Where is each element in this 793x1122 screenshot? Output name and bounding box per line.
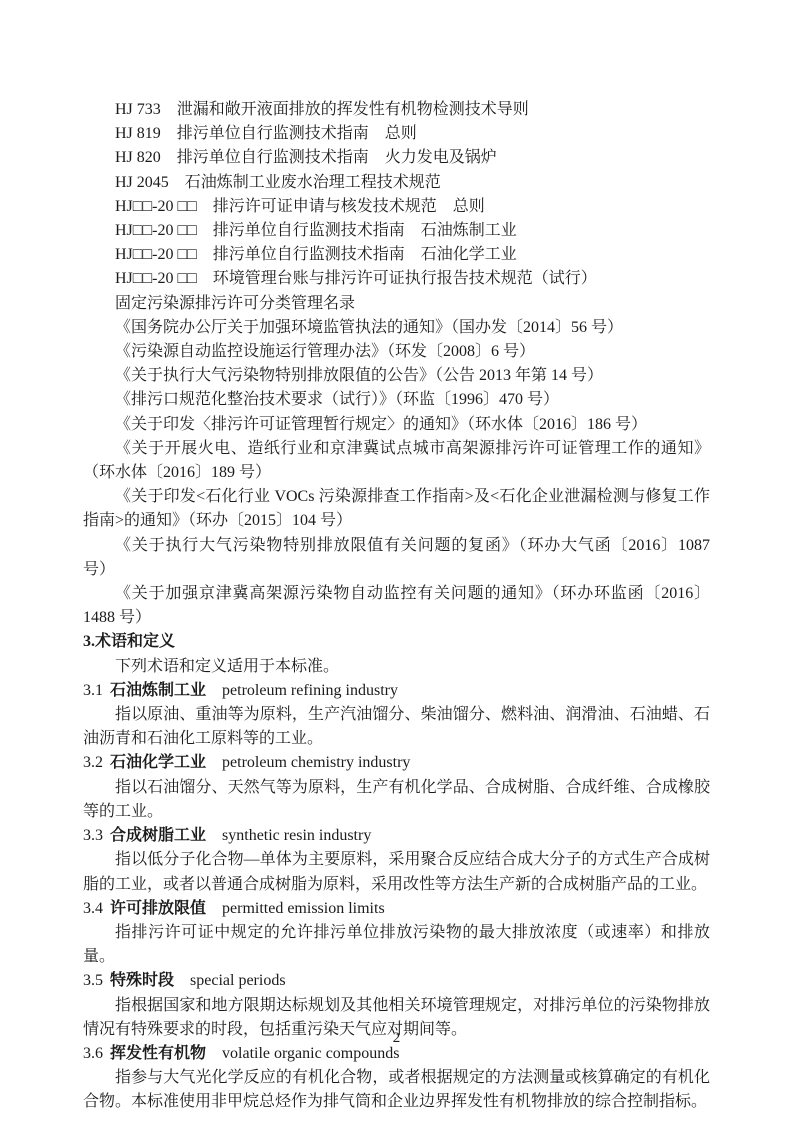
term-definition: 指参与大气光化学反应的有机化合物，或者根据规定的方法测量或核算确定的有机化合物。… — [83, 1066, 710, 1114]
standard-reference-line: HJ□□-20 □□ 排污许可证申请与核发技术规范 总则 — [83, 195, 710, 219]
document-reference-line: 《排污口规范化整治技术要求（试行）》（环监〔1996〕470 号） — [83, 388, 710, 412]
term-name-en: permitted emission limits — [222, 900, 385, 917]
term-entry: 3.6挥发性有机物volatile organic compounds 指参与大… — [83, 1042, 710, 1115]
document-reference-line: 《关于印发<石化行业 VOCs 污染源排查工作指南>及<石化企业泄漏检测与修复工… — [83, 485, 710, 533]
term-name-en: petroleum chemistry industry — [222, 754, 410, 771]
document-reference-line: 《关于加强京津冀高架源污染物自动监控有关问题的通知》（环办环监函〔2016〕14… — [83, 582, 710, 630]
term-number: 3.4 — [83, 900, 103, 917]
term-name-zh: 石油化学工业 — [110, 754, 206, 771]
term-definition: 指以原油、重油等为原料，生产汽油馏分、柴油馏分、燃料油、润滑油、石油蜡、石油沥青… — [83, 703, 710, 751]
term-entry: 3.2石油化学工业petroleum chemistry industry 指以… — [83, 751, 710, 824]
term-name-zh: 合成树脂工业 — [110, 827, 206, 844]
standard-reference-line: HJ□□-20 □□ 排污单位自行监测技术指南 石油炼制工业 — [83, 219, 710, 243]
term-definition: 指排污许可证中规定的允许排污单位排放污染物的最大排放浓度（或速率）和排放量。 — [83, 921, 710, 969]
term-heading: 3.3合成树脂工业synthetic resin industry — [83, 824, 710, 848]
term-name-zh: 特殊时段 — [110, 972, 174, 989]
term-number: 3.2 — [83, 754, 103, 771]
term-heading: 3.4许可排放限值permitted emission limits — [83, 897, 710, 921]
document-reference-line: 《关于印发〈排污许可证管理暂行规定〉的通知》（环水体〔2016〕186 号） — [83, 413, 710, 437]
term-number: 3.5 — [83, 972, 103, 989]
term-definition: 指以低分子化合物—单体为主要原料，采用聚合反应结合成大分子的方式生产合成树脂的工… — [83, 848, 710, 896]
term-number: 3.3 — [83, 827, 103, 844]
terms-intro: 下列术语和定义适用于本标准。 — [83, 655, 710, 679]
references-section: HJ 733 泄漏和敞开液面排放的挥发性有机物检测技术导则 HJ 819 排污单… — [83, 98, 710, 630]
term-heading: 3.1石油炼制工业petroleum refining industry — [83, 679, 710, 703]
term-name-en: petroleum refining industry — [222, 682, 398, 699]
standard-reference-line: HJ 733 泄漏和敞开液面排放的挥发性有机物检测技术导则 — [83, 98, 710, 122]
term-heading: 3.5特殊时段special periods — [83, 969, 710, 993]
document-reference-line: 《关于执行大气污染物特别排放限值的公告》（公告 2013 年第 14 号） — [83, 364, 710, 388]
document-reference-line: 《国务院办公厅关于加强环境监管执法的通知》（国办发〔2014〕56 号） — [83, 316, 710, 340]
document-reference-line: 《污染源自动监控设施运行管理办法》（环发〔2008〕6 号） — [83, 340, 710, 364]
document-reference-line: 《关于执行大气污染物特别排放限值有关问题的复函》（环办大气函〔2016〕1087… — [83, 534, 710, 582]
standard-reference-line: 固定污染源排污许可分类管理名录 — [83, 292, 710, 316]
document-reference-line: 《关于开展火电、造纸行业和京津冀试点城市高架源排污许可证管理工作的通知》（环水体… — [83, 437, 710, 485]
terms-section-heading: 3.术语和定义 — [83, 630, 710, 654]
term-number: 3.1 — [83, 682, 103, 699]
term-entry: 3.3合成树脂工业synthetic resin industry 指以低分子化… — [83, 824, 710, 897]
document-page: HJ 733 泄漏和敞开液面排放的挥发性有机物检测技术导则 HJ 819 排污单… — [0, 0, 793, 1122]
term-name-zh: 许可排放限值 — [110, 900, 206, 917]
standard-reference-line: HJ□□-20 □□ 排污单位自行监测技术指南 石油化学工业 — [83, 243, 710, 267]
standard-reference-line: HJ 820 排污单位自行监测技术指南 火力发电及锅炉 — [83, 146, 710, 170]
term-name-en: synthetic resin industry — [222, 827, 371, 844]
term-name-zh: 石油炼制工业 — [110, 682, 206, 699]
page-number: 2 — [393, 1030, 401, 1046]
term-heading: 3.2石油化学工业petroleum chemistry industry — [83, 751, 710, 775]
page-footer: 2 — [0, 1028, 793, 1048]
standard-reference-line: HJ 819 排污单位自行监测技术指南 总则 — [83, 122, 710, 146]
standard-reference-line: HJ 2045 石油炼制工业废水治理工程技术规范 — [83, 171, 710, 195]
term-entry: 3.4许可排放限值permitted emission limits 指排污许可… — [83, 897, 710, 970]
standard-reference-line: HJ□□-20 □□ 环境管理台账与排污许可证执行报告技术规范（试行） — [83, 267, 710, 291]
term-name-en: special periods — [190, 972, 286, 989]
term-entry: 3.1石油炼制工业petroleum refining industry 指以原… — [83, 679, 710, 752]
term-definition: 指以石油馏分、天然气等为原料，生产有机化学品、合成树脂、合成纤维、合成橡胶等的工… — [83, 776, 710, 824]
